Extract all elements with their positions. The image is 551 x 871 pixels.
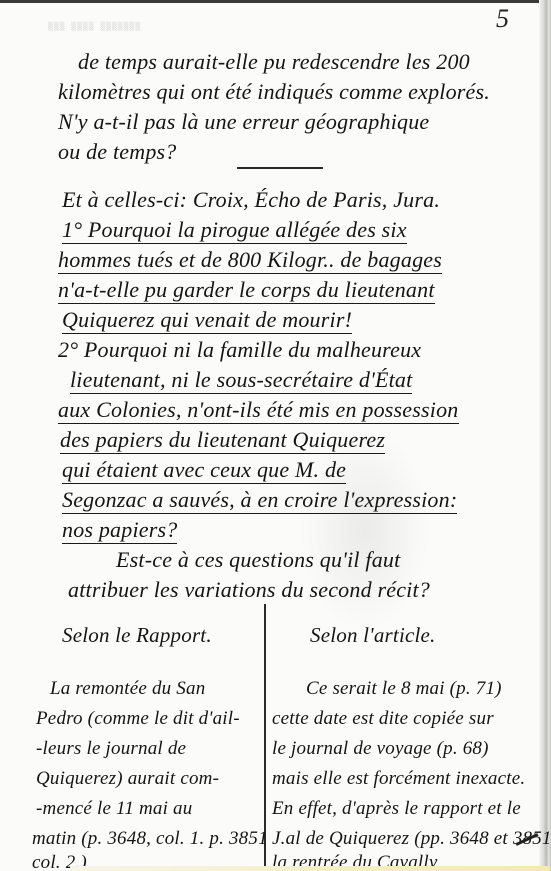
text-line: de temps aurait-elle pu redescendre les …	[78, 50, 470, 74]
text-line: hommes tués et de 800 Kilogr.. de bagage…	[58, 248, 442, 272]
closing-line: Est-ce à ces questions qu'il faut	[116, 548, 400, 572]
text-line: J.al de Quiquerez (pp. 3648 et 3851)	[272, 828, 551, 850]
bleed-through-header: ▒▒▒ ▒▒▒▒ ▒▒▒▒▒▒▒	[48, 22, 228, 30]
text-line: La remontée du San	[50, 678, 205, 700]
text-line: lieutenant, ni le sous-secrétaire d'État	[70, 368, 412, 392]
text-line: Ce serait le 8 mai (p. 71)	[306, 678, 502, 700]
text-line: Segonzac a sauvés, à en croire l'express…	[62, 488, 457, 512]
scan-bottom-edge	[70, 866, 550, 871]
text-line: 2° Pourquoi ni la famille du malheureux	[58, 338, 421, 362]
column-heading: Selon le Rapport.	[62, 624, 212, 646]
lead-line: Et à celles-ci: Croix, Écho de Paris, Ju…	[62, 188, 440, 212]
text-line: nos papiers?	[62, 518, 177, 542]
section-divider	[237, 167, 323, 169]
text-line: le journal de voyage (p. 68)	[272, 738, 489, 760]
text-line: -leurs le journal de	[36, 738, 186, 760]
text-line: aux Colonies, n'ont-ils été mis en posse…	[58, 398, 459, 422]
text-line: n'a-t-elle pu garder le corps du lieuten…	[58, 278, 435, 302]
text-line: Quiquerez qui venait de mourir!	[62, 308, 352, 332]
text-line: des papiers du lieutenant Quiquerez	[60, 428, 385, 452]
text-line: cette date est dite copiée sur	[272, 708, 494, 730]
text-line: qui étaient avec ceux que M. de	[62, 458, 346, 482]
scan-binding-edge	[539, 0, 551, 871]
text-line: ou de temps?	[58, 140, 177, 164]
text-line: Pedro (comme le dit d'ail-	[36, 708, 240, 730]
text-line: Quiquerez) aurait com-	[36, 768, 219, 790]
text-line: mais elle est forcément inexacte.	[272, 768, 525, 790]
scan-top-edge	[0, 0, 551, 3]
text-line: 1° Pourquoi la pirogue allégée des six	[62, 218, 407, 242]
text-line: matin (p. 3648, col. 1. p. 3851	[32, 828, 268, 850]
text-line: N'y a-t-il pas là une erreur géographiqu…	[58, 110, 429, 134]
closing-line: attribuer les variations du second récit…	[68, 578, 430, 602]
column-heading: Selon l'article.	[310, 624, 436, 646]
text-line: kilomètres qui ont été indiqués comme ex…	[58, 80, 490, 104]
text-line: En effet, d'après le rapport et le	[272, 798, 521, 820]
page-number: 5	[496, 4, 509, 34]
text-line: -mencé le 11 mai au	[36, 798, 192, 820]
